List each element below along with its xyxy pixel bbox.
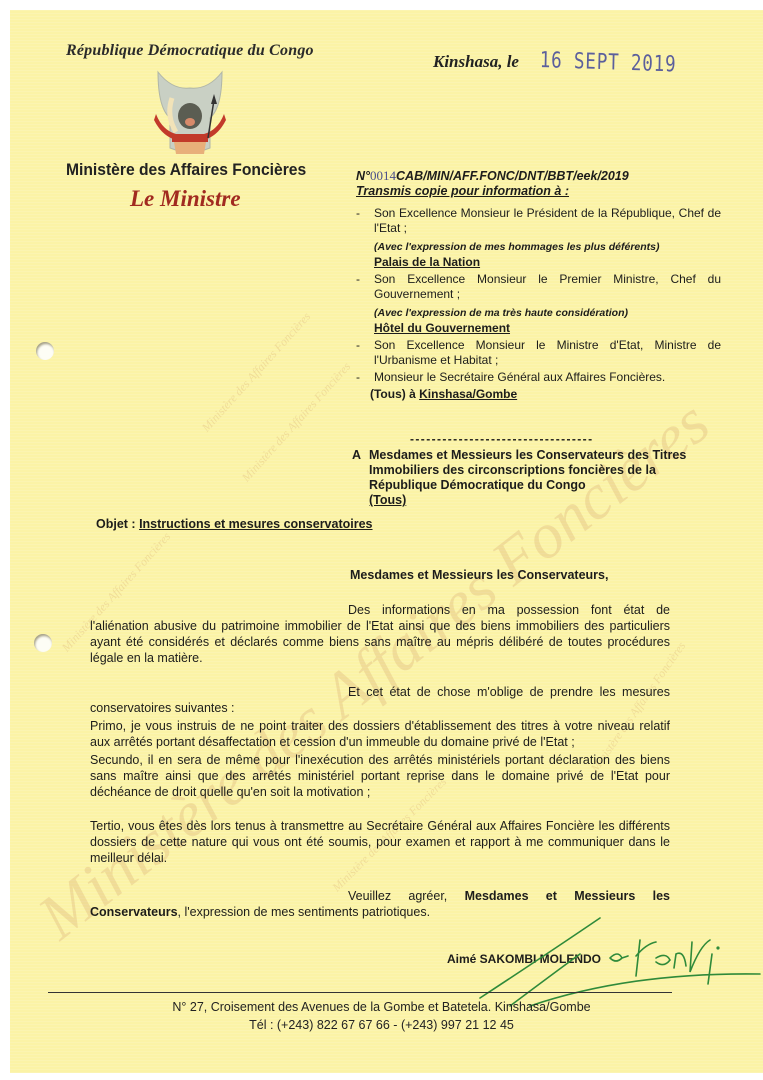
minister-title: Le Ministre [130,186,241,212]
coat-of-arms-icon [150,68,230,156]
measure-item: Primo, je vous instruis de ne point trai… [90,718,670,750]
footer-phones: Tél : (+243) 822 67 67 66 - (+243) 997 2… [0,1018,763,1032]
addressee-block: A Mesdames et Messieurs les Conservateur… [352,448,692,508]
recipient-text: Son Excellence Monsieur le Président de … [374,206,721,235]
recipient-note: (Avec l'expression de mes hommages les p… [356,240,721,255]
ministry-name: Ministère des Affaires Foncières [66,160,306,180]
reference-prefix: N° [356,169,370,183]
copy-recipient: -Son Excellence Monsieur le Président de… [356,206,721,270]
reference-handwritten-number: 0014 [370,168,396,183]
copies-title: Transmis copie pour information à : [356,184,569,198]
paragraph: Et cet état de chose m'oblige de prendre… [90,684,670,716]
punch-hole [36,342,54,360]
date-stamp: 16 SEPT 2019 [539,48,676,77]
addressee-text: Mesdames et Messieurs les Conservateurs … [352,448,692,493]
signature-icon [460,912,763,1012]
copy-recipient: -Son Excellence Monsieur le Premier Mini… [356,272,721,336]
measure-item: Secundo, il en sera de même pour l'inexé… [90,752,670,800]
paragraph: Des informations en ma possession font é… [90,602,670,666]
all-recipients-location: (Tous) à Kinshasa/Gombe [356,387,721,402]
reference-number: N°0014CAB/MIN/AFF.FONC/DNT/BBT/eek/2019 [356,168,629,184]
measure-item: Tertio, vous êtes dès lors tenus à trans… [90,818,670,866]
recipient-text: Monsieur le Secrétaire Général aux Affai… [374,370,665,384]
country-name: République Démocratique du Congo [66,42,314,60]
footer-rule [48,992,672,993]
recipient-text: Son Excellence Monsieur le Ministre d'Et… [374,338,721,367]
recipient-place: Hôtel du Gouvernement [356,321,721,336]
recipient-note: (Avec l'expression de ma très haute cons… [356,306,721,321]
subject-line: Objet : Instructions et mesures conserva… [96,517,373,531]
subject-label: Objet : [96,517,136,531]
recipient-place: Palais de la Nation [356,255,721,270]
addressee-marker: A [352,448,361,463]
copy-recipient: -Monsieur le Secrétaire Général aux Affa… [356,370,721,385]
separator-line: ---------------------------------- [410,432,593,446]
reference-code: CAB/MIN/AFF.FONC/DNT/BBT/eek/2019 [396,169,629,183]
place-prefix: Kinshasa, le [433,52,519,72]
punch-hole [34,634,52,652]
addressee-all: (Tous) [352,493,692,508]
copies-list: -Son Excellence Monsieur le Président de… [356,206,721,402]
salutation: Mesdames et Messieurs les Conservateurs, [350,568,608,582]
copy-recipient: -Son Excellence Monsieur le Ministre d'E… [356,338,721,368]
subject-text: Instructions et mesures conservatoires [139,517,372,531]
recipient-text: Son Excellence Monsieur le Premier Minis… [374,272,721,301]
footer-address: N° 27, Croisement des Avenues de la Gomb… [0,1000,763,1014]
